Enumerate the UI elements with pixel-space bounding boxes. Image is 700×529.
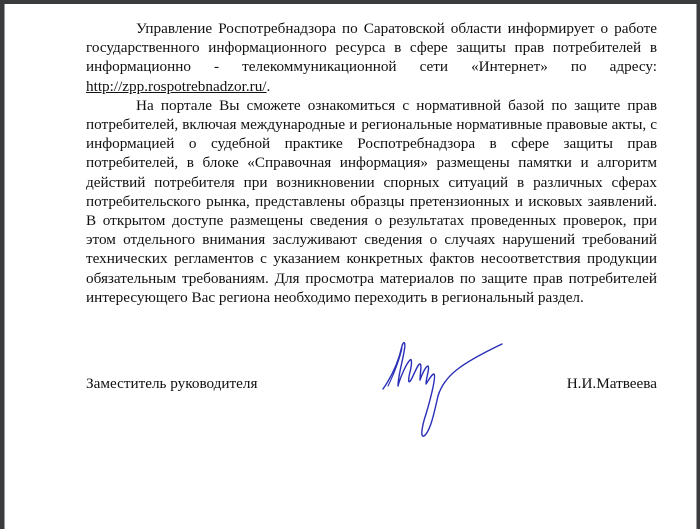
document-page: Управление Роспотребнадзора по Саратовск… — [4, 4, 697, 529]
signer-name: Н.И.Матвеева — [567, 374, 657, 393]
paragraph-1: Управление Роспотребнадзора по Саратовск… — [86, 19, 657, 96]
position-title: Заместитель руководителя — [86, 374, 257, 393]
document-viewer: Управление Роспотребнадзора по Саратовск… — [0, 0, 700, 529]
document-body: Управление Роспотребнадзора по Саратовск… — [86, 19, 657, 307]
portal-link[interactable]: http://zpp.rospotrebnadzor.ru/ — [86, 78, 267, 95]
paragraph-1-end: . — [267, 78, 271, 95]
paragraph-1-text: Управление Роспотребнадзора по Саратовск… — [86, 20, 657, 75]
signature-icon — [380, 334, 510, 444]
paragraph-2: На портале Вы сможете ознакомиться с нор… — [86, 96, 657, 307]
